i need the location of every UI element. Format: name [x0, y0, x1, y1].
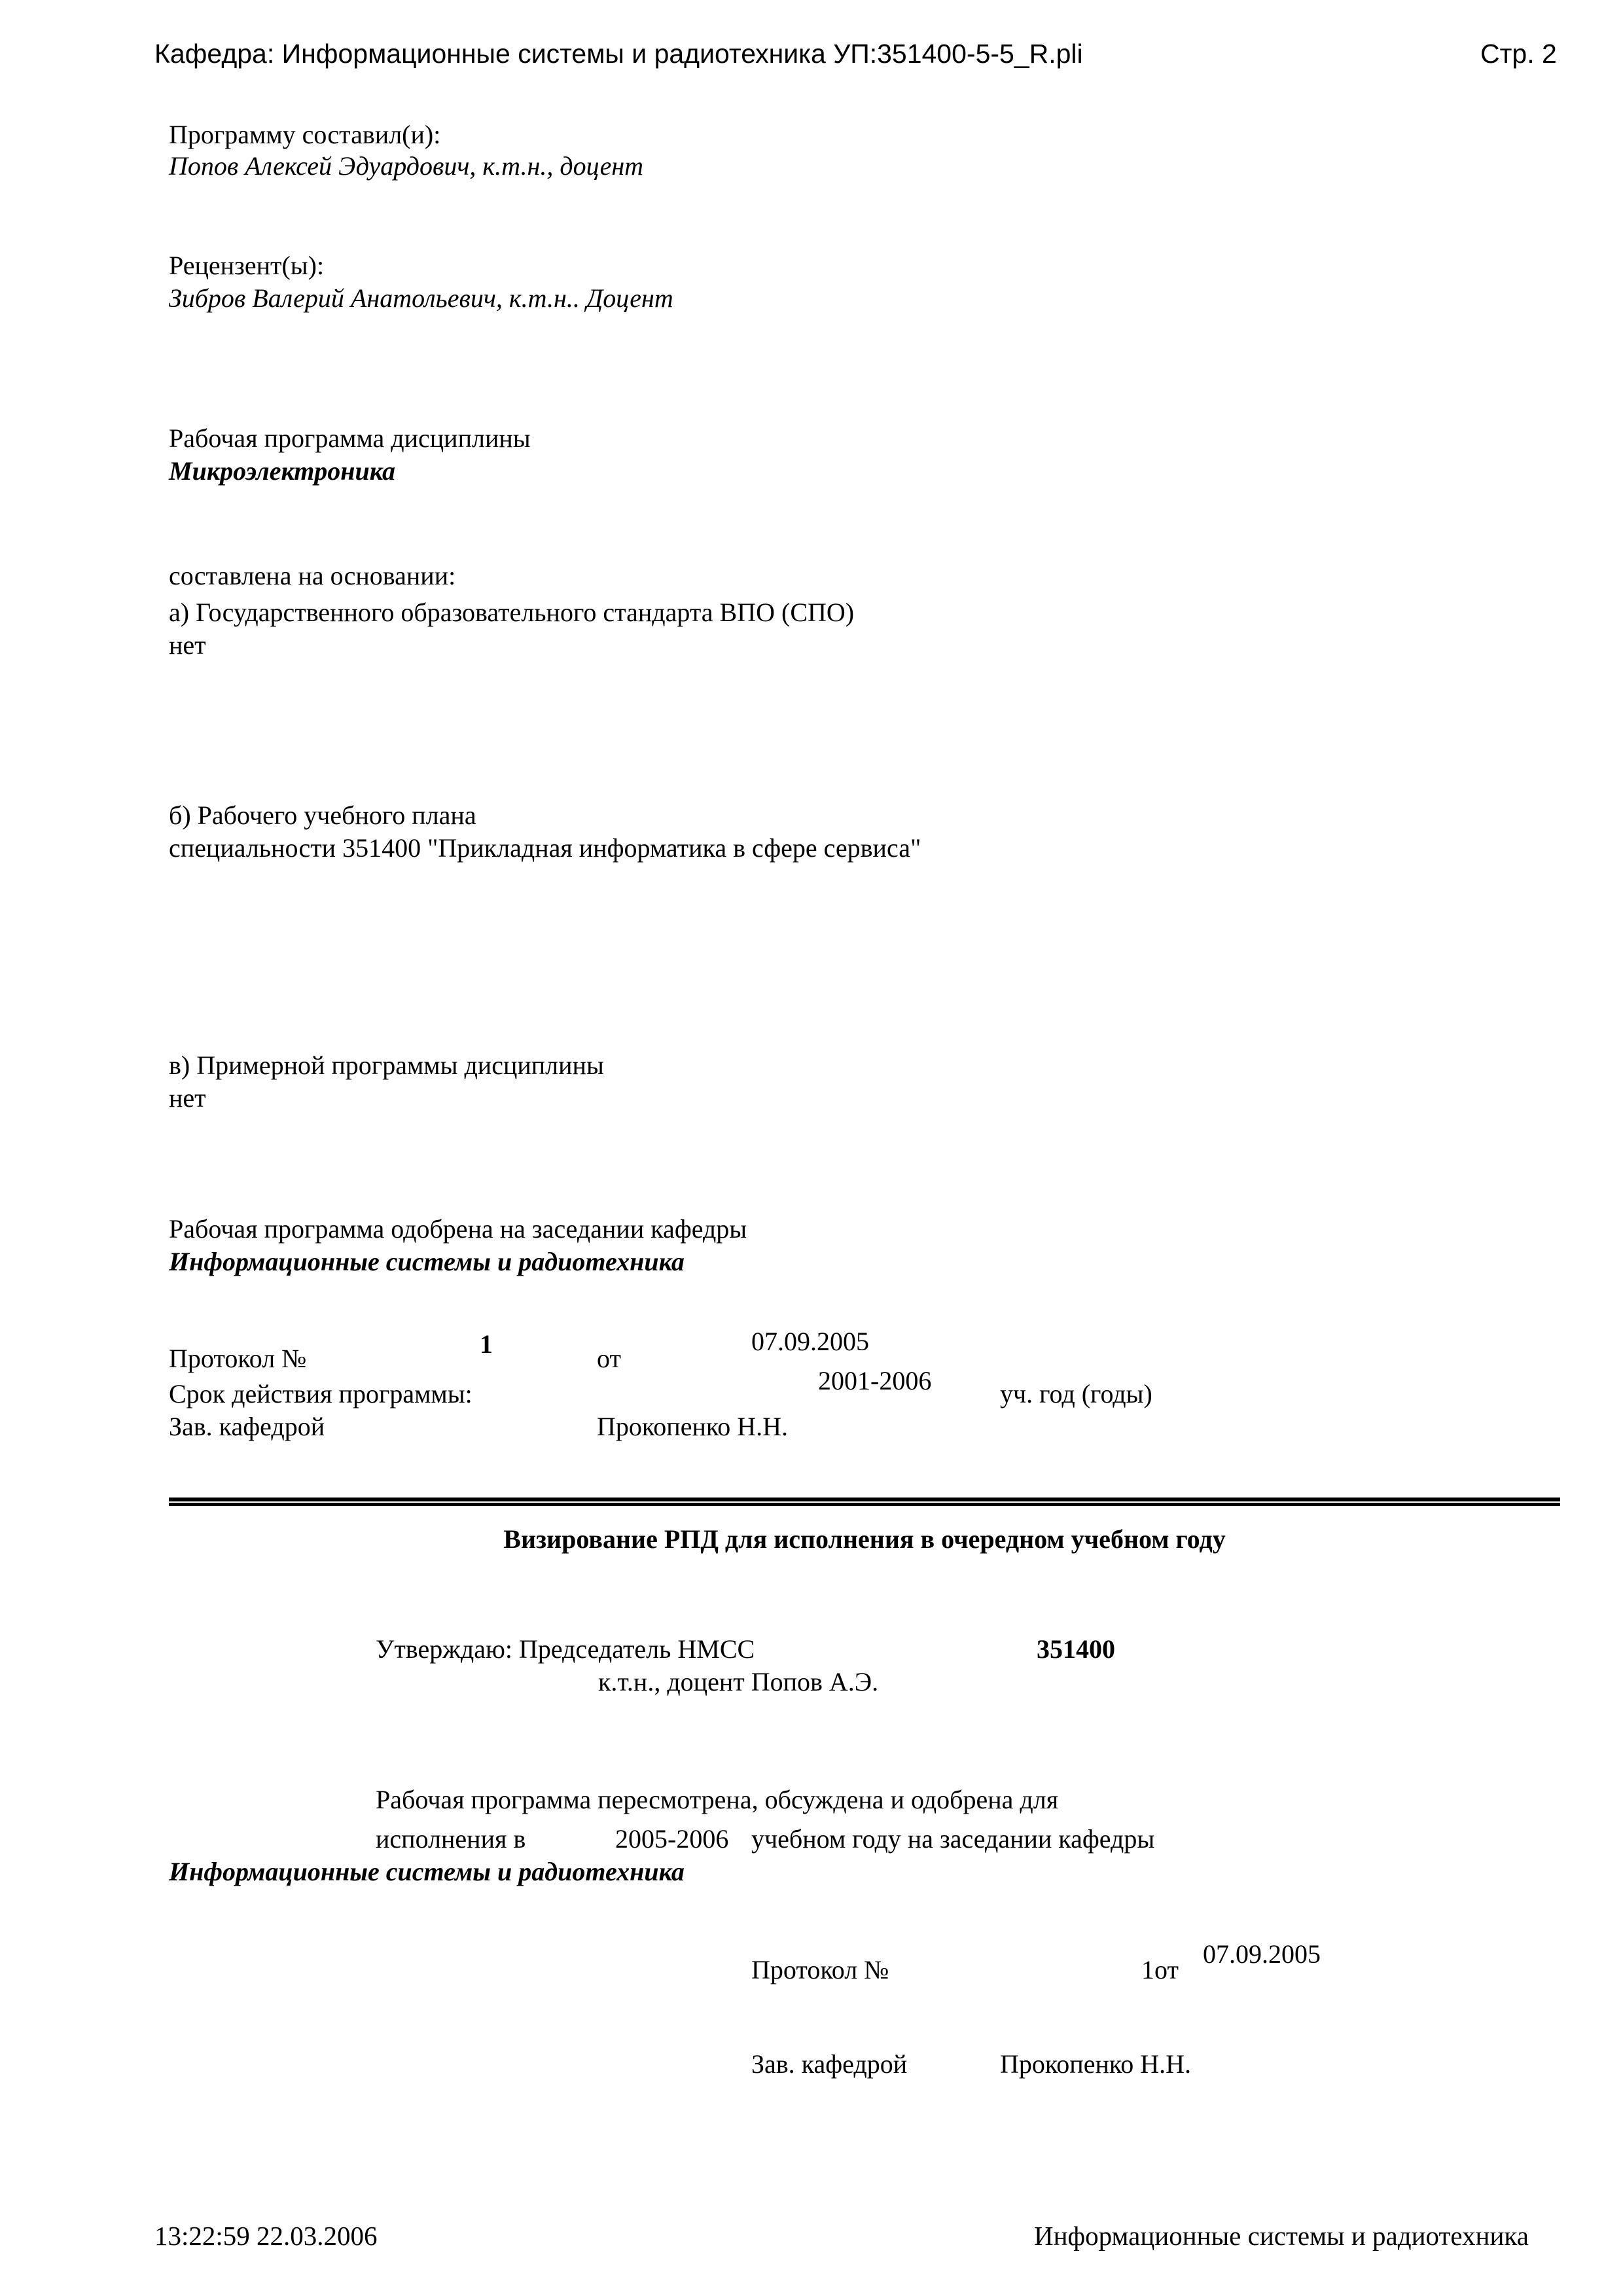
- authors-label: Программу составил(и):: [169, 122, 440, 148]
- reviewers-label: Рецензент(ы):: [169, 253, 324, 279]
- visa-reviewed-suffix: учебном году на заседании кафедры: [751, 1826, 1154, 1852]
- visa-approve-code: 351400: [1037, 1636, 1115, 1662]
- visa-head-label: Зав. кафедрой: [751, 2051, 907, 2077]
- basis-label: составлена на основании:: [169, 563, 455, 589]
- visa-reviewed-year: 2005-2006: [615, 1826, 728, 1852]
- basis-item-b-value: специальности 351400 "Прикладная информа…: [169, 835, 921, 861]
- validity-label: Срок действия программы:: [169, 1381, 473, 1407]
- protocol-date: 07.09.2005: [751, 1329, 869, 1355]
- visa-department: Информационные системы и радиотехника: [169, 1859, 685, 1885]
- head-name: Прокопенко Н.Н.: [597, 1414, 788, 1440]
- footer-timestamp: 13:22:59 22.03.2006: [154, 2223, 378, 2250]
- visa-approver: к.т.н., доцент Попов А.Э.: [598, 1669, 878, 1695]
- header-title: Кафедра: Информационные системы и радиот…: [154, 41, 1083, 67]
- basis-item-a-label: а) Государственного образовательного ста…: [169, 600, 854, 626]
- protocol-from-label: от: [597, 1346, 621, 1372]
- approval-department: Информационные системы и радиотехника: [169, 1249, 685, 1275]
- visa-reviewed-prefix: исполнения в: [376, 1826, 526, 1852]
- basis-item-a-value: нет: [169, 632, 206, 658]
- reviewers-value: Зибров Валерий Анатольевич, к.т.н.. Доце…: [169, 285, 673, 312]
- discipline-name: Микроэлектроника: [169, 458, 395, 484]
- validity-suffix: уч. год (годы): [1000, 1381, 1152, 1407]
- visa-head-name: Прокопенко Н.Н.: [1000, 2051, 1191, 2077]
- protocol-number: 1: [480, 1331, 493, 1357]
- basis-item-c-label: в) Примерной программы дисциплины: [169, 1052, 604, 1079]
- visa-protocol-number-from: 1от: [1141, 1957, 1179, 1983]
- divider-top-line: [169, 1498, 1560, 1501]
- page-number: Стр. 2: [1480, 41, 1557, 67]
- head-label: Зав. кафедрой: [169, 1414, 325, 1440]
- protocol-label: Протокол №: [169, 1346, 306, 1372]
- visa-protocol-label: Протокол №: [751, 1957, 889, 1983]
- discipline-label: Рабочая программа дисциплины: [169, 425, 531, 452]
- visa-protocol-date: 07.09.2005: [1203, 1941, 1321, 1967]
- visa-reviewed-line1: Рабочая программа пересмотрена, обсужден…: [376, 1787, 1058, 1813]
- authors-value: Попов Алексей Эдуардович, к.т.н., доцент: [169, 153, 643, 179]
- basis-item-c-value: нет: [169, 1085, 206, 1111]
- validity-years: 2001-2006: [818, 1368, 931, 1394]
- visa-approve-label: Утверждаю: Председатель НМСС: [376, 1636, 755, 1662]
- divider-bottom-line: [169, 1503, 1560, 1506]
- footer-department: Информационные системы и радиотехника: [1034, 2223, 1529, 2250]
- visa-title: Визирование РПД для исполнения в очередн…: [169, 1526, 1560, 1552]
- basis-item-b-label: б) Рабочего учебного плана: [169, 802, 476, 829]
- approval-label: Рабочая программа одобрена на заседании …: [169, 1216, 747, 1242]
